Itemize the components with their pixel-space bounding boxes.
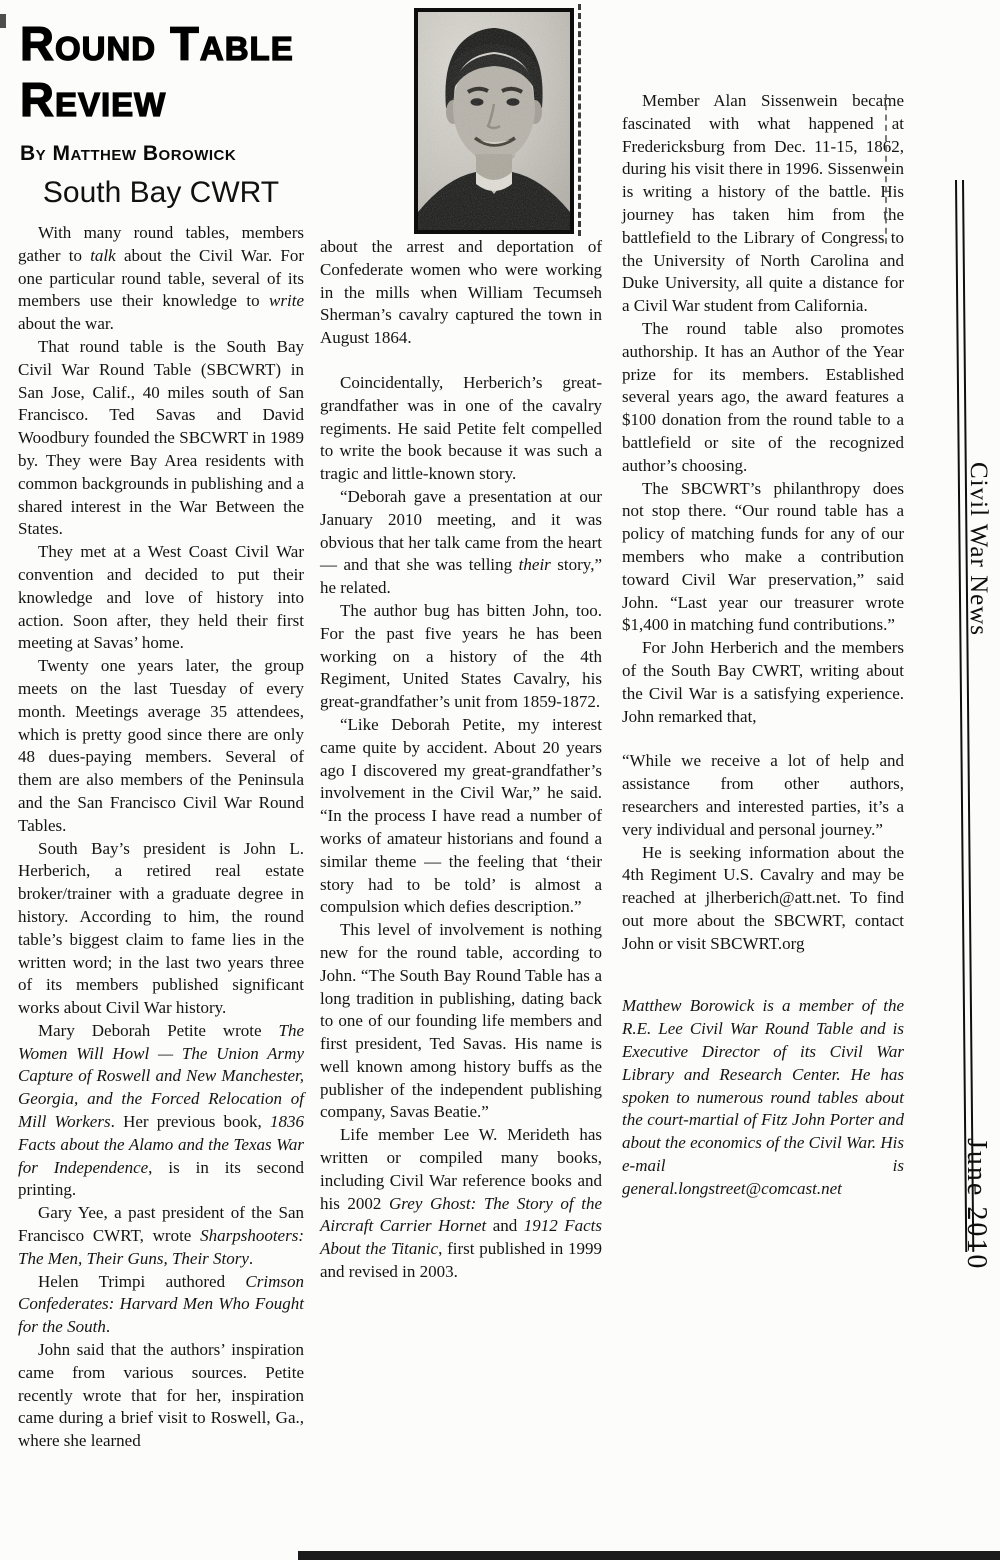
portrait-photo-graphic	[418, 12, 570, 230]
bottom-scan-bar	[298, 1551, 1000, 1560]
paragraph: With many round tables, members gather t…	[18, 222, 304, 336]
column-1: Round Table Review By Matthew Borowick S…	[18, 0, 304, 1453]
paragraph: The SBCWRT’s philanthropy does not stop …	[622, 478, 904, 638]
article-title: Round Table Review	[20, 16, 304, 128]
paragraph: Helen Trimpi authored Crimson Confederat…	[18, 1271, 304, 1339]
section-heading: South Bay CWRT	[18, 176, 304, 210]
paragraph: Gary Yee, a past president of the San Fr…	[18, 1202, 304, 1270]
vertical-double-rule	[955, 180, 974, 1252]
paragraph: “Deborah gave a presentation at our Janu…	[320, 486, 602, 600]
paragraph: “Like Deborah Petite, my interest came q…	[320, 714, 602, 919]
paragraph: Matthew Borowick is a member of the R.E.…	[622, 995, 904, 1200]
paragraph: Life member Lee W. Merideth has written …	[320, 1124, 602, 1284]
paragraph: “While we receive a lot of help and assi…	[622, 750, 904, 841]
paragraph: For John Herberich and the members of th…	[622, 637, 904, 728]
paragraph: John said that the authors’ inspiration …	[18, 1339, 304, 1453]
column-3: Member Alan Sissenwein became fascinated…	[622, 0, 904, 1453]
column-1-text: With many round tables, members gather t…	[18, 222, 304, 1453]
issue-date-vertical-text: June 2010	[960, 1138, 992, 1270]
paragraph: Mary Deborah Petite wrote The Women Will…	[18, 1020, 304, 1202]
byline: By Matthew Borowick	[20, 142, 304, 166]
paragraph: Coincidentally, Herberich’s great-grandf…	[320, 372, 602, 486]
paragraph: Twenty one years later, the group meets …	[18, 655, 304, 837]
dashed-rule-right-of-photo	[578, 4, 581, 236]
paragraph: about the arrest and deportation of Conf…	[320, 236, 602, 350]
title-line-2: Review	[20, 72, 304, 128]
scan-speck	[0, 14, 6, 28]
paragraph: South Bay’s president is John L. Herberi…	[18, 838, 304, 1020]
column-2-text: about the arrest and deportation of Conf…	[320, 236, 602, 1284]
column-3-text: Member Alan Sissenwein became fascinated…	[622, 90, 904, 1201]
paragraph: Member Alan Sissenwein became fascinated…	[622, 90, 904, 318]
paragraph: That round table is the South Bay Civil …	[18, 336, 304, 541]
author-photo	[414, 8, 574, 234]
masthead-vertical-text: Civil War News	[964, 462, 992, 636]
title-line-1: Round Table	[20, 16, 304, 72]
paragraph: The author bug has bitten John, too. For…	[320, 600, 602, 714]
paragraph: He is seeking information about the 4th …	[622, 842, 904, 956]
paragraph: This level of involvement is nothing new…	[320, 919, 602, 1124]
newspaper-page: Round Table Review By Matthew Borowick S…	[0, 0, 1000, 1560]
dashed-rule-right-of-column3	[885, 94, 887, 244]
paragraph: They met at a West Coast Civil War conve…	[18, 541, 304, 655]
paragraph: The round table also promotes authorship…	[622, 318, 904, 478]
